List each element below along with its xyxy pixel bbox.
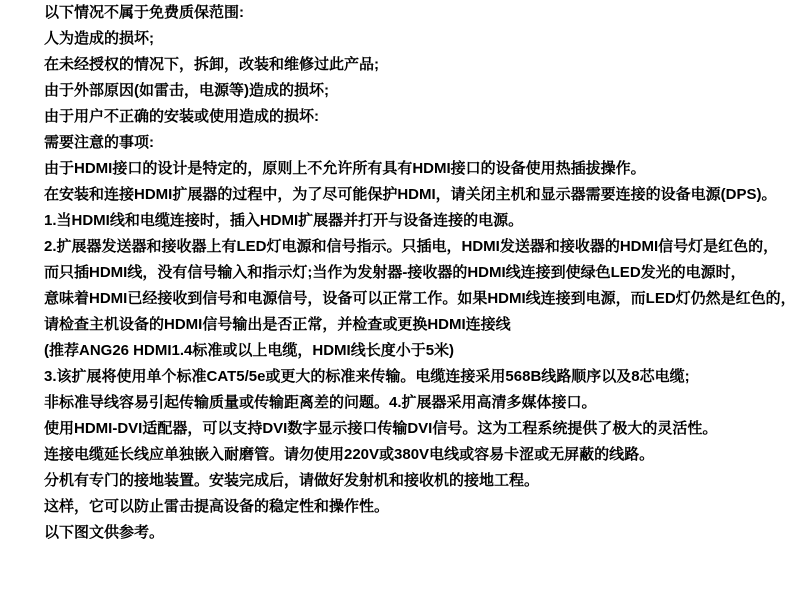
- text-line-warranty-scope-heading: 以下情况不属于免费质保范围:: [44, 0, 784, 26]
- text-line-human-damage: 人为造成的损坏;: [44, 26, 784, 52]
- text-line-step-3-cat5: 3.该扩展将使用单个标准CAT5/5e或更大的标准来传输。电缆连接采用568B线…: [44, 364, 784, 390]
- text-line-cable-recommendation: (推荐ANG26 HDMI1.4标准或以上电缆，HDMI线长度小于5米): [44, 338, 784, 364]
- text-line-check-signal: 请检查主机设备的HDMI信号输出是否正常，并检查或更换HDMI连接线: [44, 312, 784, 338]
- text-line-extension-cable: 连接电缆延长线应单独嵌入耐磨管。请勿使用220V或380V电线或容易卡涩或无屏蔽…: [44, 442, 784, 468]
- text-line-step-1: 1.当HDMI线和电缆连接时，插入HDMI扩展器并打开与设备连接的电源。: [44, 208, 784, 234]
- text-line-external-causes: 由于外部原因(如雷击，电源等)造成的损坏;: [44, 78, 784, 104]
- text-line-install-power-off: 在安装和连接HDMI扩展器的过程中，为了尽可能保护HDMI，请关闭主机和显示器需…: [44, 182, 784, 208]
- text-line-hdmi-hotplug: 由于HDMI接口的设计是特定的，原则上不允许所有具有HDMI接口的设备使用热插拔…: [44, 156, 784, 182]
- text-line-reference-note: 以下图文供参考。: [44, 520, 784, 546]
- text-line-lightning-protection: 这样，它可以防止雷击提高设备的稳定性和操作性。: [44, 494, 784, 520]
- text-line-led-green: 而只插HDMI线，没有信号输入和指示灯;当作为发射器-接收器的HDMI线连接到使…: [44, 260, 784, 286]
- text-line-incorrect-installation: 由于用户不正确的安装或使用造成的损坏:: [44, 104, 784, 130]
- document-text-block: 以下情况不属于免费质保范围: 人为造成的损坏; 在未经授权的情况下，拆卸，改装和…: [0, 0, 790, 546]
- document-page: 以下情况不属于免费质保范围: 人为造成的损坏; 在未经授权的情况下，拆卸，改装和…: [0, 0, 790, 591]
- text-line-nonstandard-wire: 非标准导线容易引起传输质量或传输距离差的问题。4.扩展器采用高清多媒体接口。: [44, 390, 784, 416]
- text-line-dvi-adapter: 使用HDMI-DVI适配器，可以支持DVI数字显示接口传输DVI信号。这为工程系…: [44, 416, 784, 442]
- text-line-unauthorized-repair: 在未经授权的情况下，拆卸，改装和维修过此产品;: [44, 52, 784, 78]
- text-line-grounding: 分机有专门的接地装置。安装完成后，请做好发射机和接收机的接地工程。: [44, 468, 784, 494]
- text-line-notes-heading: 需要注意的事项:: [44, 130, 784, 156]
- text-line-step-2-led: 2.扩展器发送器和接收器上有LED灯电源和信号指示。只插电，HDMI发送器和接收…: [44, 234, 784, 260]
- text-line-led-red-check: 意味着HDMI已经接收到信号和电源信号，设备可以正常工作。如果HDMI线连接到电…: [44, 286, 784, 312]
